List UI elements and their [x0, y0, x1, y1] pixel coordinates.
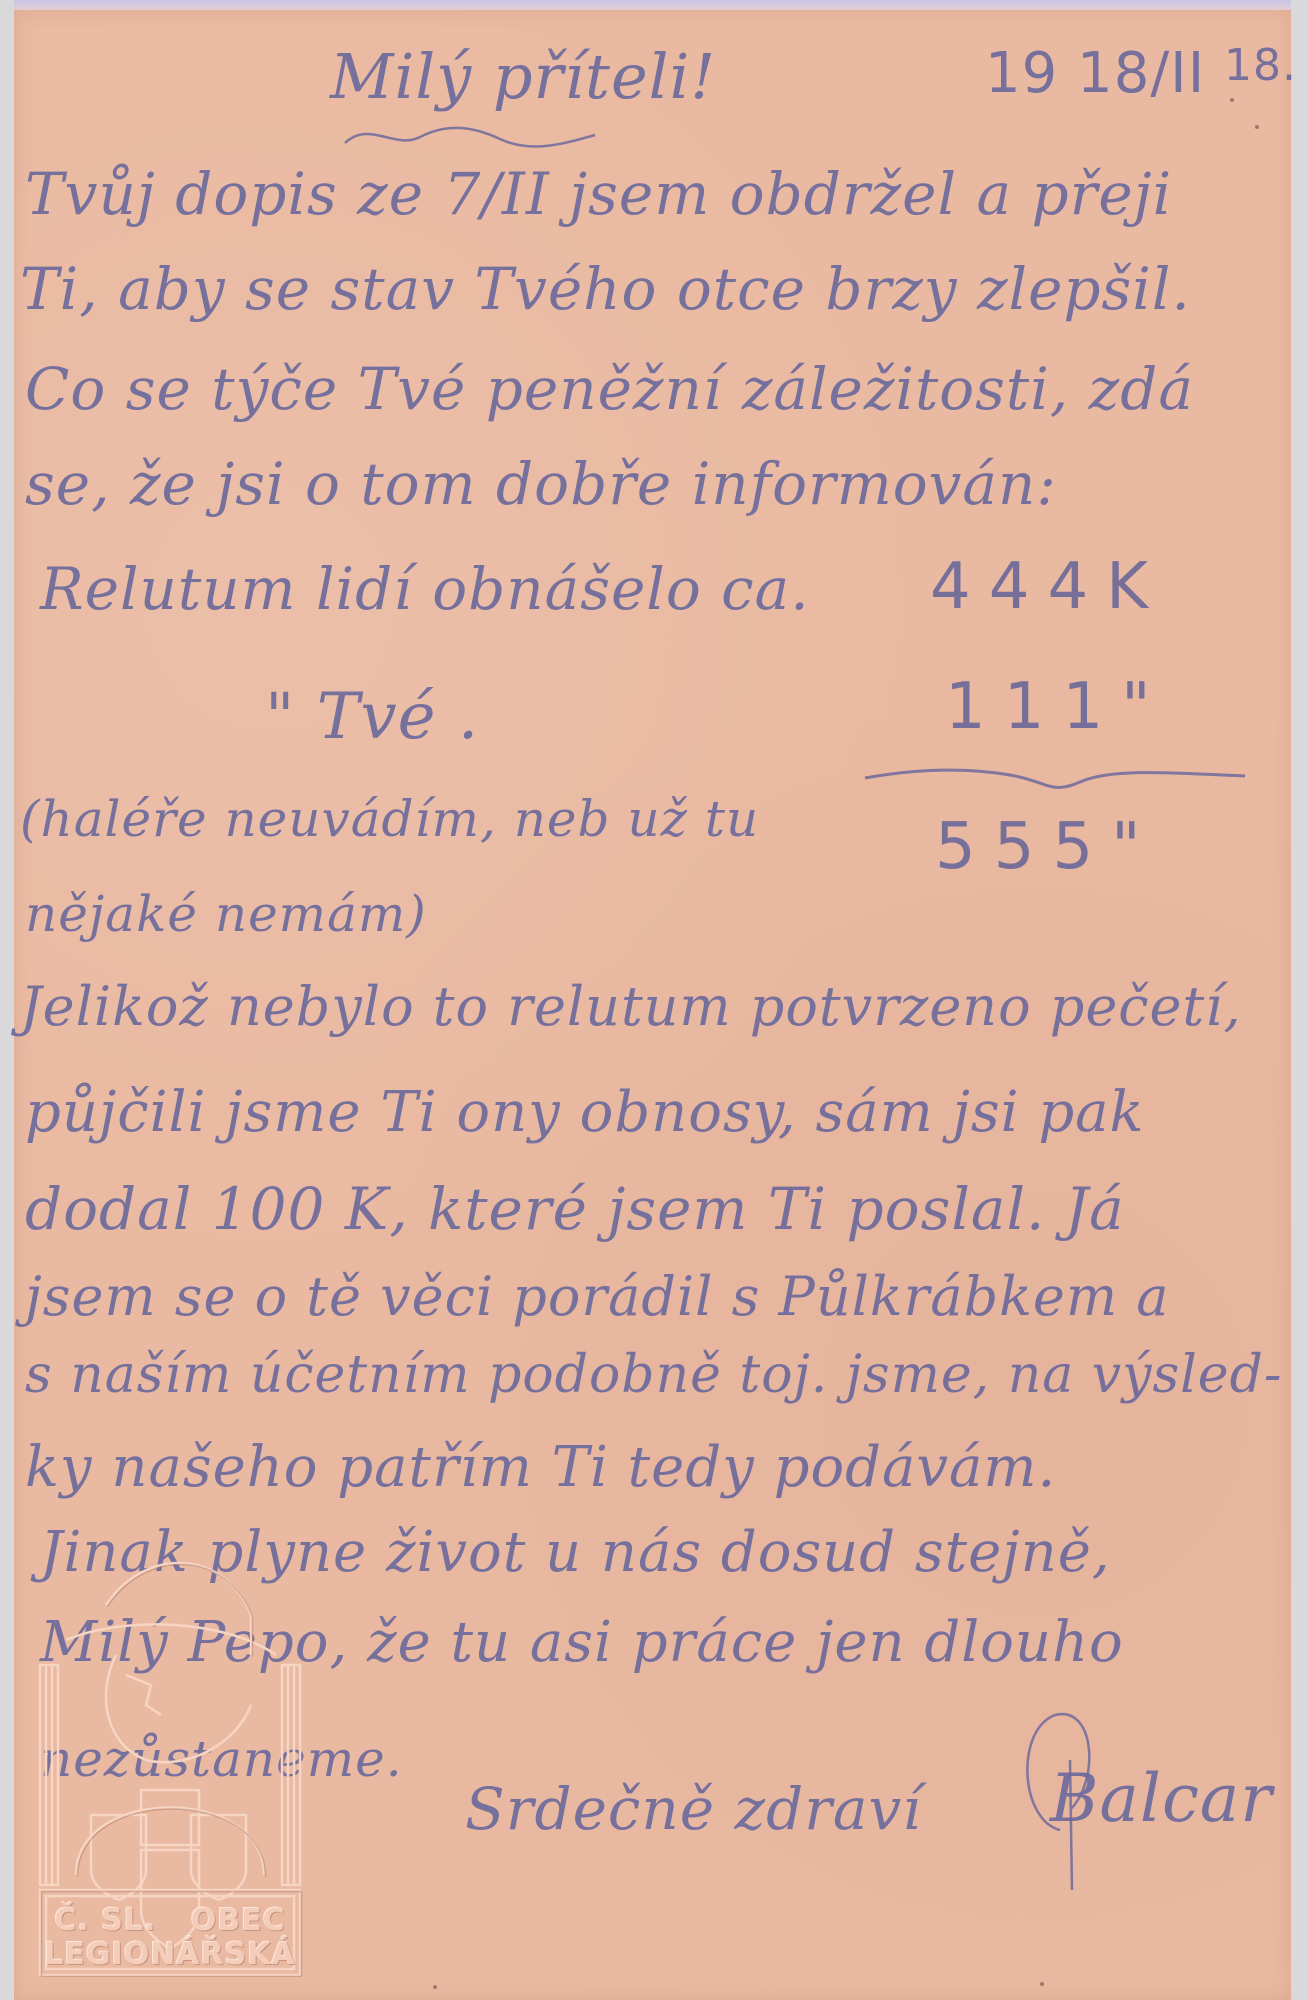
- halere-note-line2: nějaké nemám): [25, 885, 427, 943]
- emblem-text-line1: Č. SL. OBEC: [36, 1903, 304, 1938]
- body-line-3: Co se týče Tvé peněžní záležitosti, zdá: [25, 355, 1194, 423]
- paper-speck: [1255, 125, 1259, 129]
- sum-line1-value: 444: [930, 550, 1106, 624]
- sum-total: 555": [935, 810, 1159, 884]
- sum-rule: [860, 760, 1250, 800]
- sum-total-value: 555: [935, 810, 1111, 884]
- body-line-11: dodal 100 K, které jsem Ti poslal. Já: [25, 1175, 1125, 1243]
- sum-line1-unit: K: [1106, 550, 1166, 624]
- salutation-underline-flourish: [340, 115, 600, 155]
- sum-line2-value: 111: [945, 670, 1121, 744]
- date-day-month: 19 18/II: [985, 41, 1205, 106]
- halere-note-line1: (haléře neuvádím, neb už tu: [20, 790, 759, 848]
- sum-line2-unit: ": [1121, 670, 1168, 744]
- signature-flourish: [1000, 1700, 1110, 1900]
- sum-line1: 444K: [930, 550, 1166, 624]
- tve-line: " Tvé .: [265, 680, 479, 754]
- sum-total-unit: ": [1111, 810, 1158, 884]
- relutum-line: Relutum lidí obnášelo ca.: [40, 555, 810, 623]
- paper-speck: [433, 1985, 437, 1989]
- sum-line2: 111": [945, 670, 1169, 744]
- body-line-1: Tvůj dopis ze 7/II jsem obdržel a přeji: [25, 160, 1172, 228]
- legionnaire-emblem: Č. SL. OBEC LEGIONÁŘSKÁ: [36, 1545, 304, 1977]
- paper-speck: [1230, 98, 1234, 102]
- paper-speck: [1040, 1982, 1044, 1986]
- date: 19 18/II 18.: [985, 40, 1297, 106]
- emblem-text-line2: LEGIONÁŘSKÁ: [36, 1937, 304, 1972]
- body-line-4: se, že jsi o tom dobře informován:: [25, 450, 1057, 518]
- body-line-12: jsem se o tě věci porádil s Půlkrábkem a: [25, 1265, 1169, 1328]
- body-line-14: ky našeho patřím Ti tedy podávám.: [25, 1435, 1056, 1500]
- body-line-13: s naším účetním podobně toj. jsme, na vý…: [25, 1345, 1282, 1405]
- closing-greeting: Srdečně zdraví: [465, 1775, 922, 1843]
- date-year: 18.: [1224, 40, 1297, 91]
- body-line-9: Jelikož nebylo to relutum potvrzeno peče…: [20, 975, 1242, 1038]
- body-line-2: Ti, aby se stav Tvého otce brzy zlepšil.: [20, 255, 1191, 323]
- body-line-10: půjčili jsme Ti ony obnosy, sám jsi pak: [25, 1080, 1145, 1145]
- salutation: Milý příteli!: [330, 40, 716, 113]
